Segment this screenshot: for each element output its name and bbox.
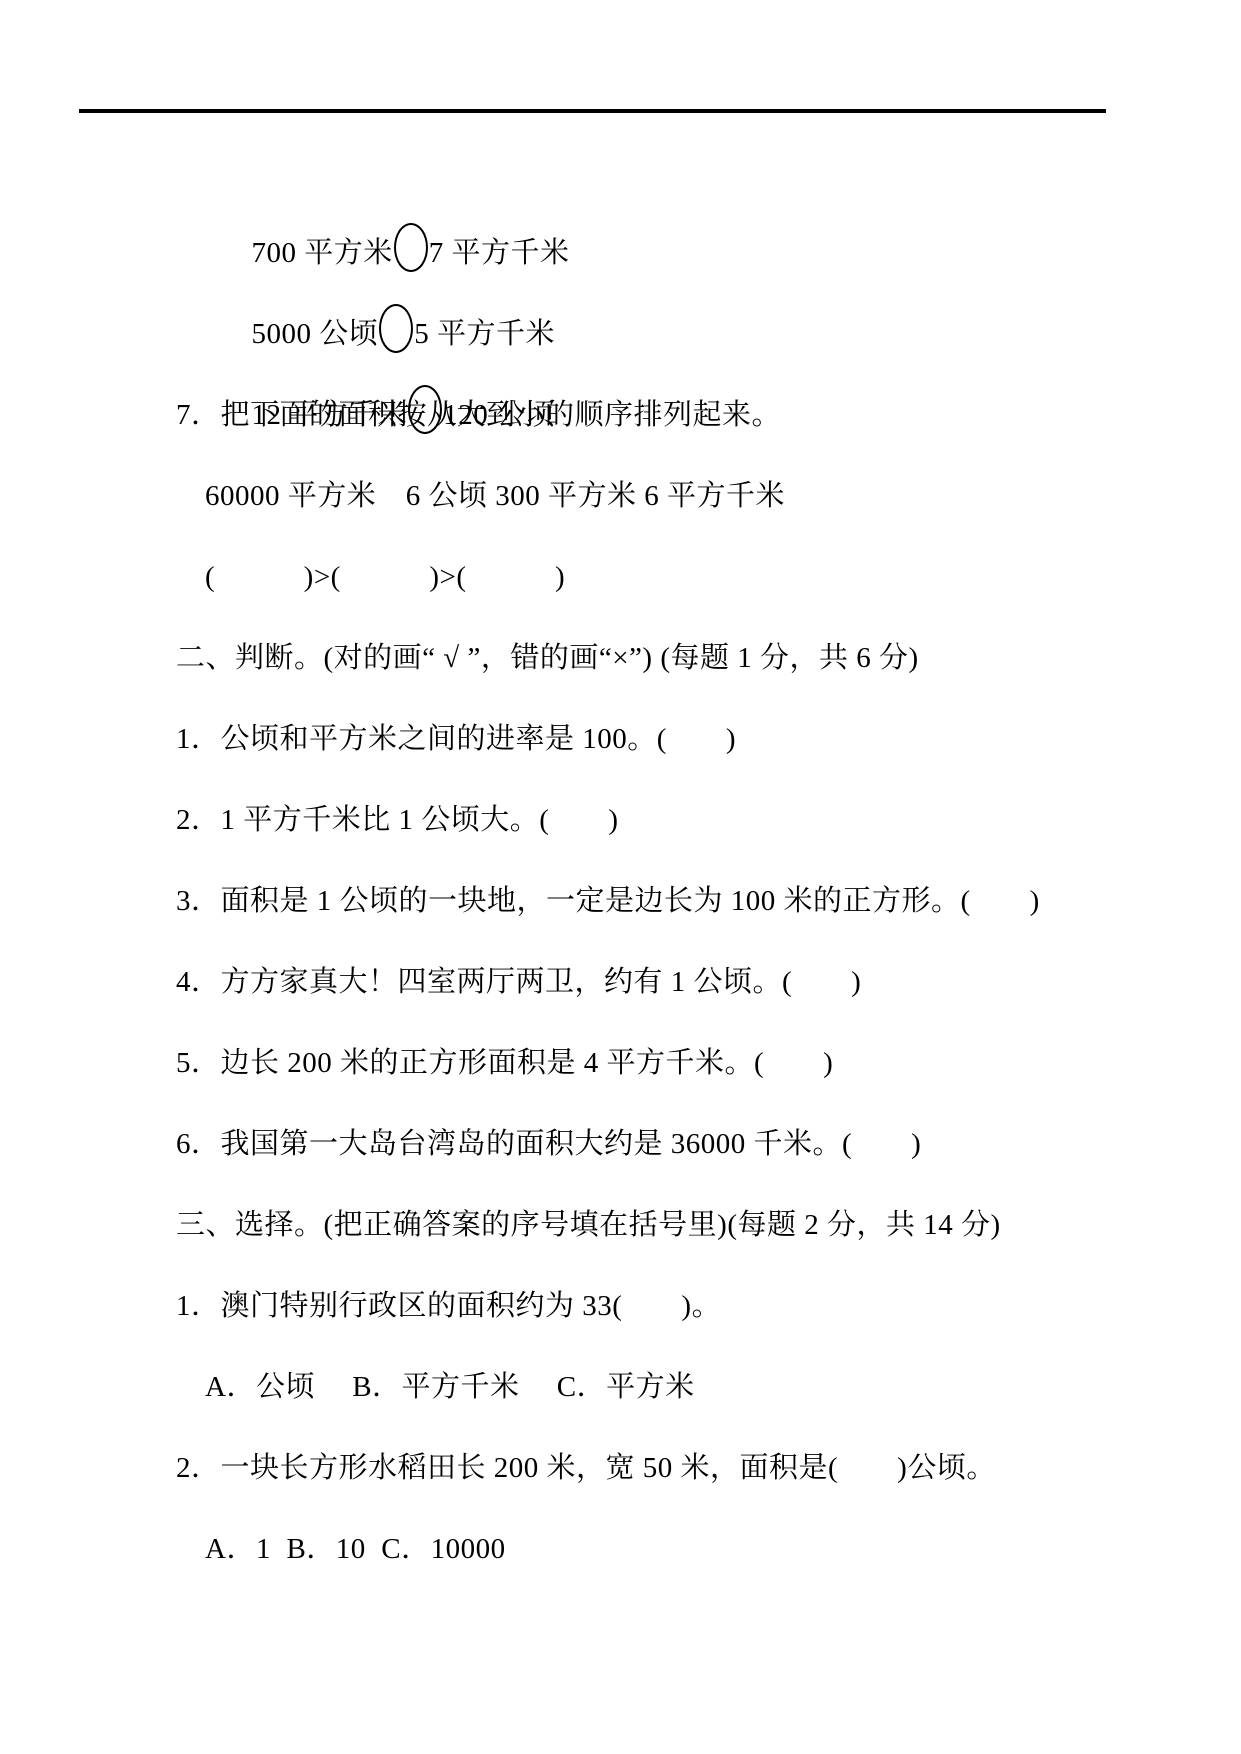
comparison-left-value: 5000 公顷: [252, 318, 379, 350]
question-7-answer-blanks: ( )>( )>( ): [0, 537, 1241, 618]
section-judge-header: 二、判断。(对的画“ √ ”，错的画“×”) (每题 1 分，共 6 分): [0, 618, 1241, 699]
judgment-item: 3．面积是 1 公顷的一块地，一定是边长为 100 米的正方形。( ): [0, 861, 1241, 942]
comparison-left-value: 700 平方米: [252, 237, 393, 269]
comparison-right-value: 5 平方千米: [414, 318, 555, 350]
worksheet-content: 700 平方米7 平方千米 5000 公顷5 平方千米 12 平方千米120 公…: [0, 132, 1241, 1590]
choice-options: A．公顷 B．平方千米 C．平方米: [0, 1347, 1241, 1428]
comparison-circle-icon: [379, 304, 413, 353]
comparison-row: 700 平方米7 平方千米: [0, 132, 1241, 213]
worksheet-page: 700 平方米7 平方千米 5000 公顷5 平方千米 12 平方千米120 公…: [0, 0, 1241, 1754]
comparison-row: 5000 公顷5 平方千米: [0, 213, 1241, 294]
question-7-values: 60000 平方米 6 公顷 300 平方米 6 平方千米: [0, 456, 1241, 537]
choice-question: 1．澳门特别行政区的面积约为 33( )。: [0, 1266, 1241, 1347]
comparison-circle-icon: [408, 385, 442, 434]
question-7-prompt: 7．把下面的面积按从大到小的顺序排列起来。: [0, 375, 1241, 456]
judgment-item: 4．方方家真大！四室两厅两卫，约有 1 公顷。( ): [0, 942, 1241, 1023]
comparison-right-value: 7 平方千米: [429, 237, 570, 269]
judgment-item: 2．1 平方千米比 1 公顷大。( ): [0, 780, 1241, 861]
section-choice-header: 三、选择。(把正确答案的序号填在括号里)(每题 2 分，共 14 分): [0, 1185, 1241, 1266]
comparison-circle-icon: [394, 223, 428, 272]
judgment-item: 1．公顷和平方米之间的进率是 100。( ): [0, 699, 1241, 780]
comparison-row: 12 平方千米120 公顷: [0, 294, 1241, 375]
choice-question: 2．一块长方形水稻田长 200 米，宽 50 米，面积是( )公顷。: [0, 1428, 1241, 1509]
header-divider: [79, 109, 1106, 113]
choice-options: A．1 B．10 C．10000: [0, 1509, 1241, 1590]
judgment-item: 5．边长 200 米的正方形面积是 4 平方千米。( ): [0, 1023, 1241, 1104]
judgment-item: 6．我国第一大岛台湾岛的面积大约是 36000 千米。( ): [0, 1104, 1241, 1185]
